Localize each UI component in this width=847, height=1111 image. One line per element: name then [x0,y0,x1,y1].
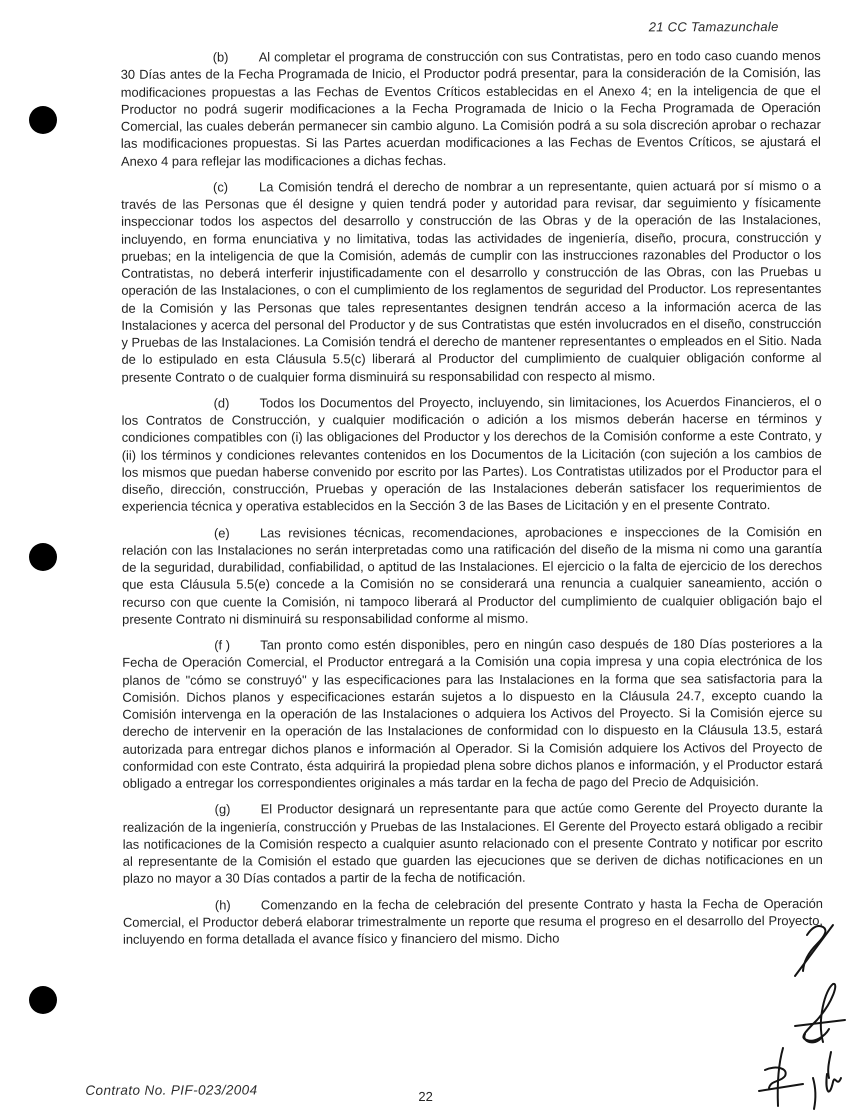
contract-paragraph: (c)La Comisión tendrá el derecho de nomb… [121,177,822,386]
contract-paragraph: (b)Al completar el programa de construcc… [121,47,821,170]
page-number: 22 [418,1089,433,1104]
contract-paragraph: (e)Las revisiones técnicas, recomendacio… [122,522,822,627]
paragraph-label: (b) [213,48,259,65]
header-document-ref: 21 CC Tamazunchale [649,19,779,34]
handwritten-initials [745,910,847,1111]
paragraph-label: (f ) [214,636,260,653]
paragraph-label: (d) [214,394,260,411]
contract-paragraph: (d)Todos los Documentos del Proyecto, in… [122,393,822,516]
scanned-contract-page: 21 CC Tamazunchale (b)Al completar el pr… [0,0,847,1111]
paragraph-text: Al completar el programa de construcción… [121,48,821,168]
scan-content: 21 CC Tamazunchale (b)Al completar el pr… [0,0,847,1111]
paragraph-text: Todos los Documentos del Proyecto, inclu… [122,394,822,514]
paragraph-label: (h) [215,896,261,913]
contract-paragraph: (h)Comenzando en la fecha de celebración… [123,894,823,948]
paragraph-label: (e) [214,524,260,541]
paragraph-text: La Comisión tendrá el derecho de nombrar… [121,178,821,385]
contract-text: (b)Al completar el programa de construcc… [121,47,823,957]
paragraph-label: (g) [215,801,261,818]
footer-contract-number: Contrato No. PIF-023/2004 [85,1082,257,1097]
paragraph-text: Tan pronto como estén disponibles, pero … [122,636,822,791]
contract-paragraph: (g)El Productor designará un representan… [123,799,823,887]
paragraph-label: (c) [213,178,259,195]
contract-paragraph: (f )Tan pronto como estén disponibles, p… [122,635,822,792]
